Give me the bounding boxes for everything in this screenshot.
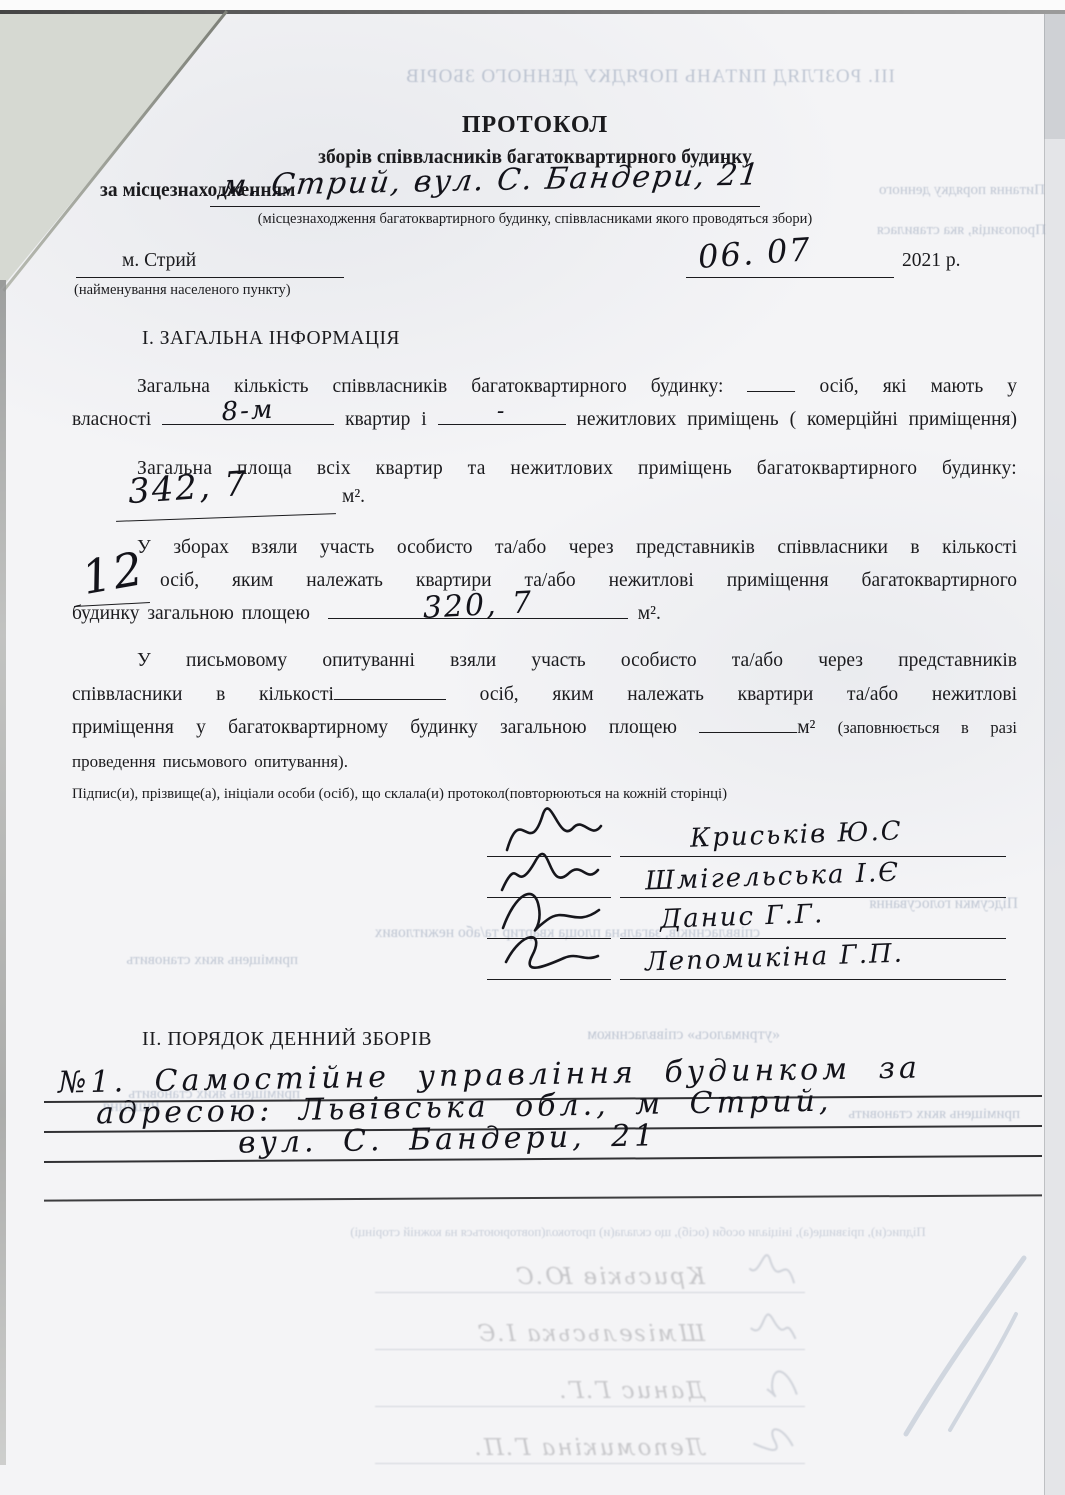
signature-name: Криськів Ю.С	[690, 816, 904, 853]
signature-name: Шмігельська І.Є	[645, 858, 901, 897]
text-segment: співвласники в кількості	[72, 684, 334, 705]
text-segment: У письмовому опитуванні взяли участь осо…	[137, 650, 1017, 671]
paragraph-written-poll: У письмовому опитуванні взяли участь осо…	[72, 644, 1017, 778]
text-segment: У зборах взяли участь особисто та/або че…	[137, 537, 1017, 558]
signature-scribble	[492, 922, 602, 984]
blank-line	[747, 372, 795, 392]
bleedthrough-signature-row: Шмігельська І.Є	[375, 1305, 805, 1350]
bleedthrough-signature-row: Криськів Ю.С	[375, 1248, 805, 1293]
signature-scribble	[725, 1248, 805, 1290]
signature-scribble	[725, 1305, 805, 1347]
bleedthrough-signatures-label: Підпис(и), прізвище(а), ініціали особи (…	[268, 1224, 1008, 1240]
handwritten-participants-count: 12	[78, 541, 149, 605]
page-right-corner-shade	[1044, 14, 1065, 139]
bleedthrough-fragment: Питання порядку денного	[840, 182, 1045, 199]
text-segment: осіб, які мають у	[820, 376, 1017, 397]
area-unit: м².	[342, 486, 365, 508]
signature-scribble	[725, 1362, 805, 1404]
paragraph-owners-count: Загальна кількість співвласників багаток…	[72, 370, 1017, 436]
paragraph-line: співвласники в кількості осіб, яким нале…	[72, 678, 1017, 712]
blank-line: 320, 7	[328, 599, 628, 619]
handwritten-apartments-count: 8-м	[221, 394, 276, 430]
blank-line: -	[438, 405, 566, 425]
text-segment: власності	[72, 409, 151, 430]
text-segment: будинку загальною площею	[72, 603, 310, 624]
page-left-edge	[0, 280, 6, 1465]
bleedthrough-fragment: приміщень яких становить	[800, 1106, 1020, 1123]
text-segment: приміщення у багатоквартирному будинку з…	[72, 717, 677, 738]
bleedthrough-signature-name: Лепомикіна Г.П.	[472, 1435, 705, 1461]
bleedthrough-signature-row: Лепомикіна Г.П.	[375, 1419, 805, 1464]
bleedthrough-heading: ІІІ. РОЗГЛЯД ПИТАНЬ ПОРЯДКУ ДЕННОГО ЗБОР…	[280, 66, 1020, 88]
area-unit: м².	[638, 603, 661, 624]
text-segment: осіб, яким належать квартири та/або нежи…	[160, 570, 1017, 591]
signature-name: Лепомикіна Г.П.	[645, 938, 905, 977]
ruled-line	[44, 1194, 1042, 1201]
signature-name: Данис Г.Г.	[660, 899, 825, 935]
signatures-label: Підпис(и), прізвище(а), ініціали особи (…	[72, 786, 882, 803]
area-unit: м²	[797, 717, 815, 738]
scan-top-margin	[0, 0, 1065, 10]
document-title: ПРОТОКОЛ	[60, 112, 1010, 139]
blank-underline	[116, 513, 336, 522]
paragraph-meeting-participants: У зборах взяли участь особисто та/або че…	[72, 531, 1017, 630]
signature-underline	[620, 856, 1006, 857]
paragraph-line: проведення письмового опитування).	[72, 745, 1017, 779]
signature-scribble	[725, 1419, 805, 1461]
bleedthrough-signature-name: Криськів Ю.С	[514, 1264, 705, 1290]
paragraph-line: будинку загальною площею 320, 7м².	[72, 597, 1017, 630]
bleedthrough-pen-strokes	[888, 1242, 1038, 1442]
settlement-value: м. Стрий	[122, 250, 196, 272]
blank-line: 8-м	[162, 405, 334, 425]
text-segment: (заповнюється в разі	[838, 718, 1017, 737]
bleedthrough-signature-name: Данис Г.Г.	[557, 1378, 705, 1404]
handwritten-total-area: 342, 7	[127, 464, 250, 512]
bleedthrough-fragment: приміщень яких становить	[58, 952, 298, 969]
blank-line	[334, 680, 446, 700]
section2-title: ІІ. ПОРЯДОК ДЕННИЙ ЗБОРІВ	[142, 1028, 432, 1051]
text-segment: нежитлових приміщень ( комерційні приміщ…	[577, 409, 1018, 430]
paragraph-line: Загальна кількість співвласників багаток…	[72, 370, 1017, 403]
blank-line	[699, 713, 797, 733]
blank-underline	[76, 277, 344, 278]
paragraph-line: власності 8-м квартир і - нежитлових при…	[72, 403, 1017, 436]
blank-underline	[686, 277, 894, 278]
text-segment: Загальна площа всіх квартир та нежитлови…	[137, 458, 1017, 479]
location-caption: (місцезнаходження багатоквартирного буди…	[60, 211, 1010, 228]
page-right-edge	[1044, 14, 1065, 1495]
handwritten-date: 06. 07	[697, 230, 813, 276]
date-year: 2021 р.	[902, 250, 961, 272]
handwritten-participants-area: 320, 7	[422, 586, 534, 625]
signature-underline	[620, 897, 1006, 898]
scanned-protocol-page: ІІІ. РОЗГЛЯД ПИТАНЬ ПОРЯДКУ ДЕННОГО ЗБОР…	[0, 0, 1065, 1495]
handwritten-agenda-line: вул. С. Бандери, 21	[238, 1118, 658, 1160]
bleedthrough-signature-row: Данис Г.Г.	[375, 1362, 805, 1407]
section1-title: І. ЗАГАЛЬНА ІНФОРМАЦІЯ	[142, 328, 400, 350]
bleedthrough-signatures-block: Криськів Ю.С Шмігельська І.Є Данис Г.Г. …	[225, 1248, 805, 1464]
signature-underline	[620, 938, 1006, 939]
paragraph-line: У письмовому опитуванні взяли участь осо…	[72, 644, 1017, 678]
paragraph-line: осіб, яким належать квартири та/або нежи…	[160, 564, 1017, 597]
page-top-edge	[0, 10, 1065, 14]
ruled-line	[44, 1155, 1042, 1163]
text-segment: осіб, яким належать квартири та/або нежи…	[480, 684, 1017, 705]
text-segment: квартир і	[345, 409, 427, 430]
blank-underline	[210, 206, 760, 207]
handwritten-nonresidential-count: -	[497, 395, 506, 428]
signature-underline	[620, 979, 1006, 980]
text-segment: Загальна кількість співвласників багаток…	[137, 376, 723, 397]
bleedthrough-signature-name: Шмігельська І.Є	[476, 1321, 705, 1347]
paragraph-line: приміщення у багатоквартирному будинку з…	[72, 711, 1017, 745]
signature-underline	[487, 979, 611, 980]
paragraph-line: У зборах взяли участь особисто та/або че…	[72, 531, 1017, 564]
settlement-caption: (найменування населеного пункту)	[74, 282, 291, 299]
